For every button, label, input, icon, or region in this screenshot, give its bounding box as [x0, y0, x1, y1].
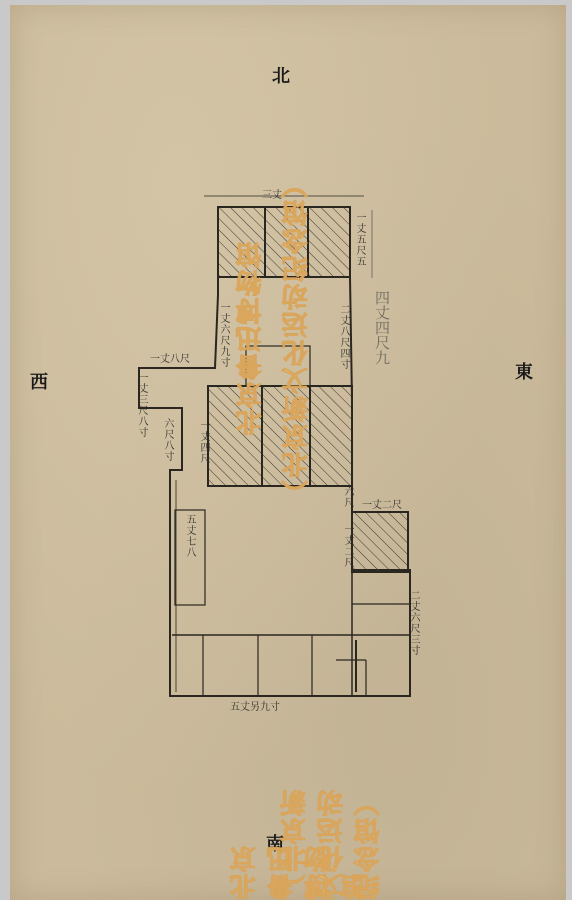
- dim-middle-left: 一丈四尺: [198, 420, 209, 464]
- pencil-annotation: 四丈四尺九: [372, 290, 393, 365]
- dim-east-annex-height: 一丈二尺: [342, 524, 353, 568]
- dim-west-ledge: 一丈八尺: [150, 354, 190, 365]
- watermark-line2-repeat: （北京新文化运动纪念馆）: [276, 770, 387, 900]
- compass-north: 北: [272, 62, 290, 88]
- compass-east: 東: [515, 358, 533, 384]
- watermark-line2: （北京新文化运动纪念馆）: [278, 170, 315, 506]
- dim-top-right: 一丈五尺五: [354, 212, 365, 267]
- dim-lower-right: 二丈六尺三寸: [408, 590, 419, 656]
- dim-west-step: 六尺八寸: [162, 418, 173, 462]
- dim-west-wing-height: 一丈三尺八寸: [136, 372, 147, 438]
- dim-upper-right: 二丈八尺四寸: [338, 304, 349, 370]
- dim-east-notch: 六尺: [342, 486, 353, 508]
- dim-east-annex-width: 一丈二尺: [362, 500, 402, 511]
- dim-upper-left: 一丈六尺九寸: [218, 302, 229, 368]
- compass-west: 西: [30, 368, 48, 394]
- dim-lower-left: 五丈七八: [184, 514, 195, 558]
- watermark-line1: 北京鲁迅博物馆: [232, 240, 269, 436]
- dim-bottom-width: 五丈另九寸: [230, 702, 280, 713]
